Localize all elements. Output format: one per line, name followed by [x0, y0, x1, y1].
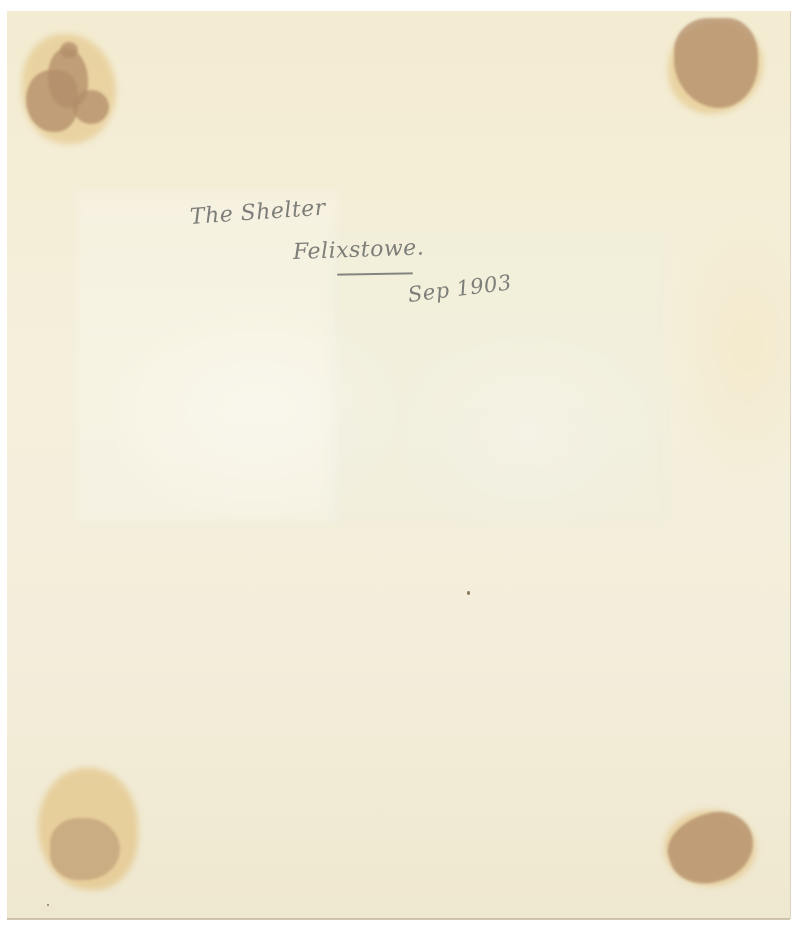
page: The Shelter Felixstowe. Sep 1903: [0, 0, 800, 930]
paper-speck: [467, 591, 470, 595]
stain-bottom-right: [664, 810, 756, 888]
stain-bottom-left: [38, 768, 138, 893]
stain-top-right: [668, 14, 763, 114]
inscription-place: Felixstowe.: [293, 235, 425, 265]
paper-speck: [47, 904, 49, 906]
stain-top-left: [18, 28, 118, 148]
